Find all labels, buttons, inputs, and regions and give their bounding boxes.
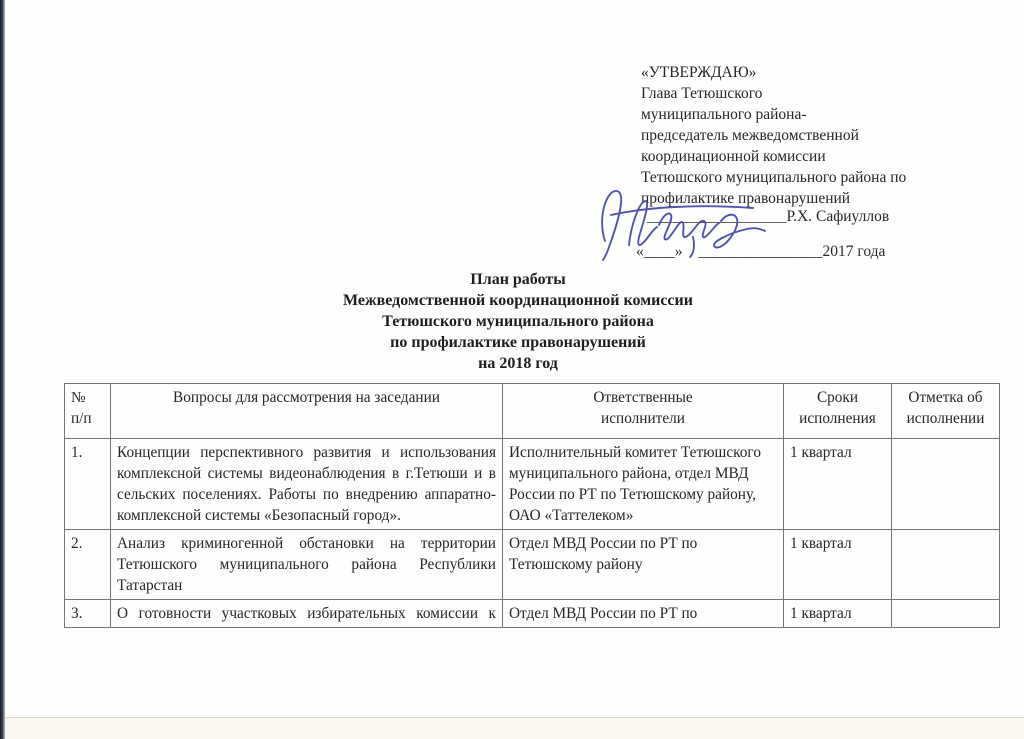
approval-line: «УТВЕРЖДАЮ» (641, 62, 991, 83)
approval-line: координационной комиссии (641, 146, 991, 167)
approval-line: председатель межведомственной (641, 125, 991, 146)
cell-term: 1 квартал (784, 600, 892, 628)
col-header-number: № п/п (65, 384, 111, 439)
cell-responsible: Отдел МВД России по РТ по Тетюшскому рай… (503, 530, 784, 600)
cell-mark (892, 439, 1000, 530)
col-header-responsible: Ответственные исполнители (503, 384, 784, 439)
scanned-document-page: «УТВЕРЖДАЮ» Глава Тетюшского муниципальн… (0, 0, 1024, 739)
col-header-term: Сроки исполнения (784, 384, 892, 439)
col-header-mark: Отметка об исполнении (892, 384, 1000, 439)
cell-question: О готовности участковых избирательных ко… (111, 600, 503, 628)
cell-term: 1 квартал (784, 530, 892, 600)
cell-mark (892, 530, 1000, 600)
signature-scribble (597, 183, 775, 263)
cell-responsible: Отдел МВД России по РТ по (503, 600, 784, 628)
title-line: Тетюшского муниципального района (112, 311, 924, 332)
scan-background-band (5, 718, 1024, 739)
cell-question: Концепции перспективного развития и испо… (111, 439, 503, 530)
title-line: на 2018 год (112, 353, 924, 374)
approval-line: Глава Тетюшского (641, 83, 991, 104)
cell-question: Анализ криминогенной обстановки на терри… (111, 530, 503, 600)
signatory-name: Р.Х. Сафиуллов (787, 208, 890, 225)
cell-term: 1 квартал (784, 439, 892, 530)
table-row: 2. Анализ криминогенной обстановки на те… (65, 530, 1000, 600)
title-line: по профилактике правонарушений (112, 332, 924, 353)
date-year-text: 2017 года (823, 243, 886, 260)
cell-mark (892, 600, 1000, 628)
title-line: Межведомственной координационной комисси… (112, 290, 924, 311)
document-title-block: План работы Межведомственной координацио… (112, 269, 924, 374)
cell-number: 3. (65, 600, 111, 628)
table-row: 3. О готовности участковых избирательных… (65, 600, 1000, 628)
title-line: План работы (112, 269, 924, 290)
work-plan-table: № п/п Вопросы для рассмотрения на заседа… (64, 383, 1000, 628)
table-row: 1. Концепции перспективного развития и и… (65, 439, 1000, 530)
cell-number: 2. (65, 530, 111, 600)
scan-left-edge-artifact (0, 0, 5, 739)
table-header-row: № п/п Вопросы для рассмотрения на заседа… (65, 384, 1000, 439)
col-header-question: Вопросы для рассмотрения на заседании (111, 384, 503, 439)
cell-responsible: Исполнительный комитет Тетюшского муници… (503, 439, 784, 530)
approval-line: муниципального района- (641, 104, 991, 125)
cell-number: 1. (65, 439, 111, 530)
